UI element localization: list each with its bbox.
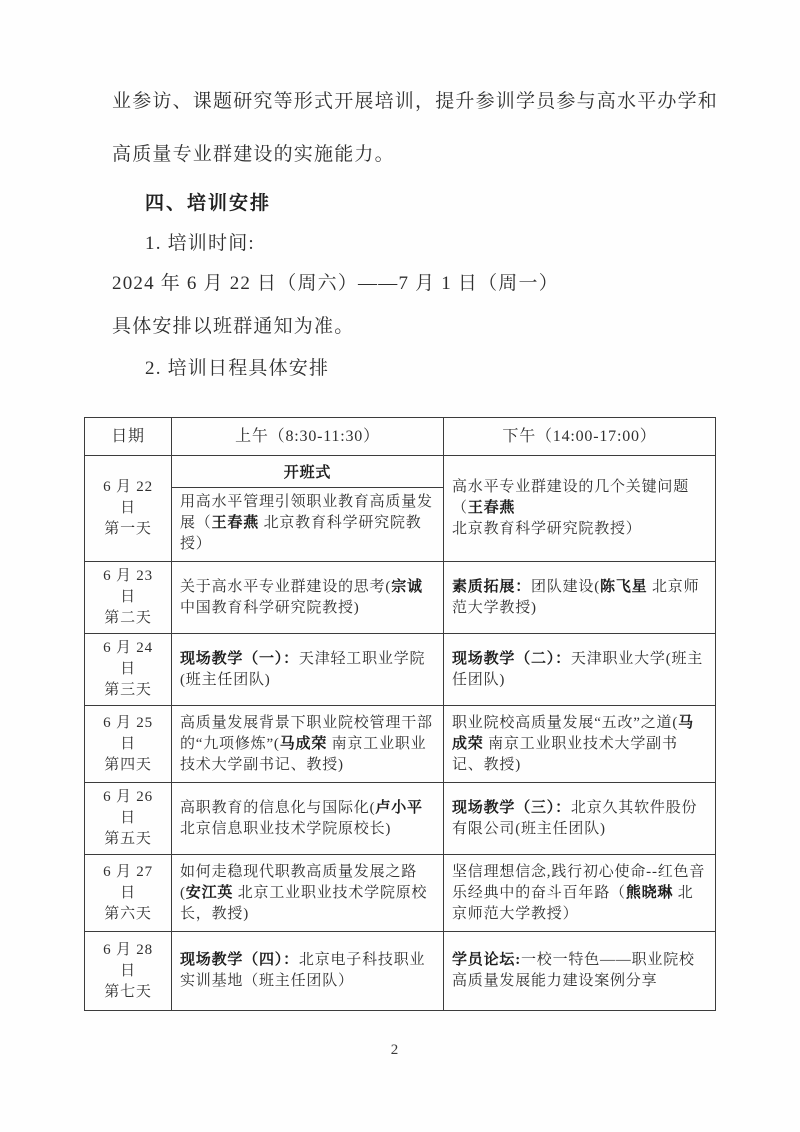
date-line: 6 月 24 日 — [93, 638, 163, 680]
training-date-range: 2024 年 6 月 22 日（周六）——7 月 1 日（周一） — [112, 271, 559, 297]
morning-cell: 高职教育的信息化与国际化(卢小平 北京信息职业技术学院原校长) — [172, 783, 444, 855]
schedule-note: 具体安排以班群通知为准。 — [112, 314, 354, 340]
emphasized-text: 现场教学（一）： — [180, 651, 299, 667]
afternoon-cell: 职业院校高质量发展“五改”之道(马成荣 南京工业职业技术大学副书记、教授) — [444, 706, 716, 783]
emphasized-text: 学员论坛: — [452, 952, 521, 968]
schedule-heading: 2. 培训日程具体安排 — [145, 356, 329, 382]
cell-text: 团队建设( — [531, 579, 600, 595]
emphasized-text: 安江英 — [186, 885, 233, 901]
emphasized-text: 熊晓琳 — [626, 885, 673, 901]
cell-text: 职业院校高质量发展“五改”之道( — [452, 715, 678, 731]
date-cell: 6 月 25 日第四天 — [85, 706, 172, 783]
date-line: 第一天 — [93, 519, 163, 540]
date-line: 6 月 22 日 — [93, 477, 163, 519]
cell-text: 南京工业职业技术大学副书记、教授) — [452, 736, 678, 773]
morning-cell: 如何走稳现代职教高质量发展之路(安江英 北京工业职业技术学院原校长，教授) — [172, 855, 444, 932]
table-header-row: 日期 上午（8:30-11:30） 下午（14:00-17:00） — [85, 418, 716, 456]
date-line: 第四天 — [93, 755, 163, 776]
afternoon-cell: 学员论坛:一校一特色——职业院校高质量发展能力建设案例分享 — [444, 932, 716, 1011]
document-page: 业参访、课题研究等形式开展培训，提升参训学员参与高水平办学和 高质量专业群建设的… — [0, 0, 800, 1132]
afternoon-cell: 素质拓展：团队建设(陈飞星 北京师范大学教授) — [444, 562, 716, 634]
date-cell: 6 月 23 日第二天 — [85, 562, 172, 634]
emphasized-text: 现场教学（四）： — [180, 952, 299, 968]
date-cell: 6 月 24 日第三天 — [85, 634, 172, 706]
date-line: 第六天 — [93, 904, 163, 925]
morning-cell: 开班式用高水平管理引领职业教育高质量发展（王春燕 北京教育科学研究院教授） — [172, 456, 444, 562]
table-row: 6 月 25 日第四天高质量发展背景下职业院校管理干部的“九项修炼”(马成荣 南… — [85, 706, 716, 783]
col-header-date: 日期 — [85, 418, 172, 456]
emphasized-text: 现场教学（二）： — [452, 651, 571, 667]
cell-text: 高职教育的信息化与国际化( — [180, 800, 375, 816]
paragraph-line-2: 高质量专业群建设的实施能力。 — [112, 142, 395, 168]
date-cell: 6 月 26 日第五天 — [85, 783, 172, 855]
cell-text: 中国教育科学研究院教授) — [180, 600, 360, 616]
morning-lecture-subcell: 用高水平管理引领职业教育高质量发展（王春燕 北京教育科学研究院教授） — [172, 488, 443, 561]
cell-text: 关于高水平专业群建设的思考( — [180, 579, 391, 595]
opening-ceremony-subcell: 开班式 — [172, 456, 443, 488]
afternoon-cell: 现场教学（三）：北京久其软件股份有限公司(班主任团队) — [444, 783, 716, 855]
section-heading: 四、培训安排 — [145, 191, 271, 217]
col-header-afternoon: 下午（14:00-17:00） — [444, 418, 716, 456]
date-line: 6 月 26 日 — [93, 787, 163, 829]
table-row: 6 月 26 日第五天高职教育的信息化与国际化(卢小平 北京信息职业技术学院原校… — [85, 783, 716, 855]
morning-cell: 关于高水平专业群建设的思考(宗诚 中国教育科学研究院教授) — [172, 562, 444, 634]
date-cell: 6 月 22 日第一天 — [85, 456, 172, 562]
col-header-morning: 上午（8:30-11:30） — [172, 418, 444, 456]
table-row: 6 月 22 日第一天开班式用高水平管理引领职业教育高质量发展（王春燕 北京教育… — [85, 456, 716, 562]
table-row: 6 月 27 日第六天如何走稳现代职教高质量发展之路(安江英 北京工业职业技术学… — [85, 855, 716, 932]
date-line: 6 月 28 日 — [93, 940, 163, 982]
schedule-table: 日期 上午（8:30-11:30） 下午（14:00-17:00） 6 月 22… — [84, 417, 716, 1011]
emphasized-text: 素质拓展： — [452, 579, 531, 595]
morning-cell: 现场教学（四）：北京电子科技职业实训基地（班主任团队） — [172, 932, 444, 1011]
schedule-table-body: 6 月 22 日第一天开班式用高水平管理引领职业教育高质量发展（王春燕 北京教育… — [85, 456, 716, 1011]
emphasized-text: 陈飞星 — [600, 579, 647, 595]
date-cell: 6 月 27 日第六天 — [85, 855, 172, 932]
emphasized-text: 宗诚 — [391, 579, 423, 595]
date-line: 6 月 23 日 — [93, 566, 163, 608]
training-time-label: 1. 培训时间: — [145, 231, 255, 257]
date-line: 第二天 — [93, 608, 163, 629]
afternoon-cell: 现场教学（二）：天津职业大学(班主任团队) — [444, 634, 716, 706]
emphasized-text: 卢小平 — [375, 800, 422, 816]
morning-cell: 高质量发展背景下职业院校管理干部的“九项修炼”(马成荣 南京工业职业技术大学副书… — [172, 706, 444, 783]
table-row: 6 月 28 日第七天现场教学（四）：北京电子科技职业实训基地（班主任团队）学员… — [85, 932, 716, 1011]
emphasized-text: 现场教学（三）： — [452, 800, 571, 816]
cell-text: 北京教育科学研究院教授） — [452, 521, 642, 537]
page-number: 2 — [0, 1042, 790, 1059]
date-line: 6 月 27 日 — [93, 862, 163, 904]
date-line: 第五天 — [93, 829, 163, 850]
emphasized-text: 王春燕 — [468, 500, 515, 516]
date-line: 第七天 — [93, 982, 163, 1003]
emphasized-text: 马成荣 — [280, 736, 327, 752]
paragraph-line-1: 业参访、课题研究等形式开展培训，提升参训学员参与高水平办学和 — [112, 89, 718, 115]
table-row: 6 月 23 日第二天关于高水平专业群建设的思考(宗诚 中国教育科学研究院教授)… — [85, 562, 716, 634]
emphasized-text: 开班式 — [284, 465, 331, 481]
afternoon-cell: 坚信理想信念,践行初心使命--红色音乐经典中的奋斗百年路（熊晓琳 北京师范大学教… — [444, 855, 716, 932]
table-row: 6 月 24 日第三天现场教学（一）：天津轻工职业学院(班主任团队)现场教学（二… — [85, 634, 716, 706]
date-line: 6 月 25 日 — [93, 713, 163, 755]
date-line: 第三天 — [93, 680, 163, 701]
emphasized-text: 王春燕 — [212, 515, 259, 531]
cell-text: 北京信息职业技术学院原校长) — [180, 821, 391, 837]
date-cell: 6 月 28 日第七天 — [85, 932, 172, 1011]
morning-cell: 现场教学（一）：天津轻工职业学院(班主任团队) — [172, 634, 444, 706]
afternoon-cell: 高水平专业群建设的几个关键问题（王春燕 北京教育科学研究院教授） — [444, 456, 716, 562]
